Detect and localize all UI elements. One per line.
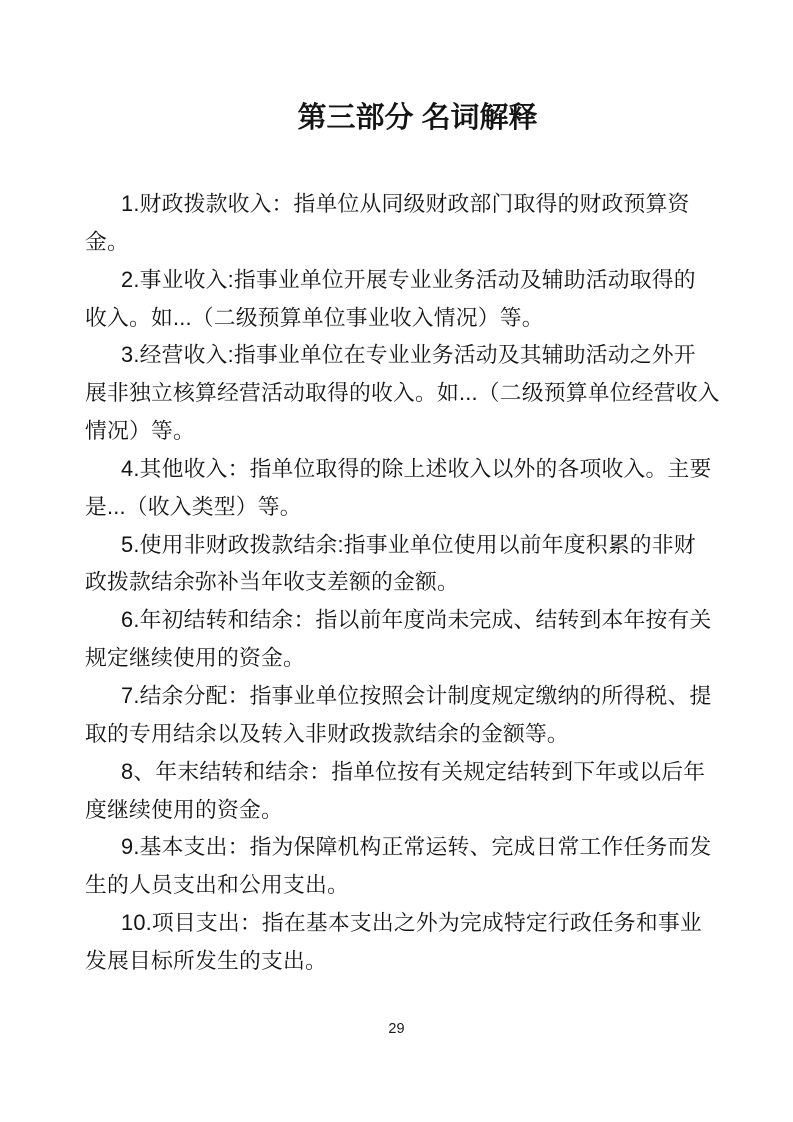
term-item-5: 5.使用非财政拨款结余:指事业单位使用以前年度积累的非财政拨款结余弥补当年收支差…	[85, 526, 710, 602]
term-item-7: 7.结余分配：指事业单位按照会计制度规定缴纳的所得税、提取的专用结余以及转入非财…	[85, 677, 710, 753]
term-line: 8、年末结转和结余：指单位按有关规定结转到下年或以后年	[85, 753, 710, 791]
term-line: 6.年初结转和结余：指以前年度尚未完成、结转到本年按有关	[85, 601, 710, 639]
term-item-1: 1.财政拨款收入：指单位从同级财政部门取得的财政预算资金。	[85, 185, 710, 261]
term-item-10: 10.项目支出：指在基本支出之外为完成特定行政任务和事业发展目标所发生的支出。	[85, 904, 710, 980]
term-line: 5.使用非财政拨款结余:指事业单位使用以前年度积累的非财	[85, 526, 710, 564]
term-item-6: 6.年初结转和结余：指以前年度尚未完成、结转到本年按有关规定继续使用的资金。	[85, 601, 710, 677]
term-line: 9.基本支出：指为保障机构正常运转、完成日常工作任务而发	[85, 828, 710, 866]
term-line: 4.其他收入：指单位取得的除上述收入以外的各项收入。主要	[85, 450, 710, 488]
term-item-8: 8、年末结转和结余：指单位按有关规定结转到下年或以后年度继续使用的资金。	[85, 753, 710, 829]
term-line: 10.项目支出：指在基本支出之外为完成特定行政任务和事业	[85, 904, 710, 942]
page-title: 第三部分 名词解释	[85, 99, 705, 137]
term-line: 生的人员支出和公用支出。	[85, 866, 710, 904]
terms-list: 1.财政拨款收入：指单位从同级财政部门取得的财政预算资金。2.事业收入:指事业单…	[85, 185, 710, 980]
term-item-9: 9.基本支出：指为保障机构正常运转、完成日常工作任务而发生的人员支出和公用支出。	[85, 828, 710, 904]
term-line: 发展目标所发生的支出。	[85, 942, 710, 980]
document-page: 第三部分 名词解释 1.财政拨款收入：指单位从同级财政部门取得的财政预算资金。2…	[0, 0, 793, 1122]
term-line: 2.事业收入:指事业单位开展专业业务活动及辅助活动取得的	[85, 261, 710, 299]
term-line: 情况）等。	[85, 412, 710, 450]
page-number: 29	[388, 1021, 404, 1037]
term-line: 7.结余分配：指事业单位按照会计制度规定缴纳的所得税、提	[85, 677, 710, 715]
term-line: 1.财政拨款收入：指单位从同级财政部门取得的财政预算资	[85, 185, 710, 223]
term-line: 度继续使用的资金。	[85, 791, 710, 829]
term-line: 收入。如...（二级预算单位事业收入情况）等。	[85, 299, 710, 337]
term-line: 政拨款结余弥补当年收支差额的金额。	[85, 563, 710, 601]
term-line: 规定继续使用的资金。	[85, 639, 710, 677]
term-line: 3.经营收入:指事业单位在专业业务活动及其辅助活动之外开	[85, 336, 710, 374]
term-item-4: 4.其他收入：指单位取得的除上述收入以外的各项收入。主要是...（收入类型）等。	[85, 450, 710, 526]
page-footer: 29	[0, 1019, 793, 1039]
term-line: 是...（收入类型）等。	[85, 488, 710, 526]
term-line: 取的专用结余以及转入非财政拨款结余的金额等。	[85, 715, 710, 753]
term-item-2: 2.事业收入:指事业单位开展专业业务活动及辅助活动取得的收入。如...（二级预算…	[85, 261, 710, 337]
term-line: 展非独立核算经营活动取得的收入。如...（二级预算单位经营收入	[85, 374, 710, 412]
term-item-3: 3.经营收入:指事业单位在专业业务活动及其辅助活动之外开展非独立核算经营活动取得…	[85, 336, 710, 450]
term-line: 金。	[85, 223, 710, 261]
